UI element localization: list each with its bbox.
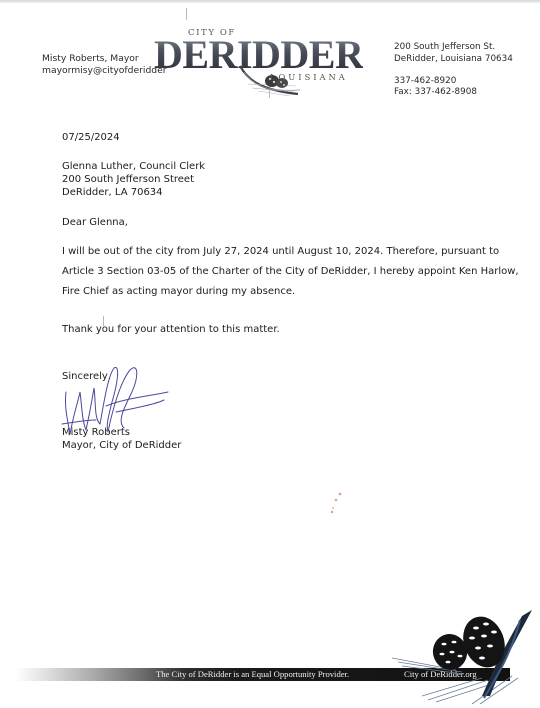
address-line1: 200 South Jefferson St. [394, 42, 513, 54]
salutation: Dear Glenna, [62, 216, 128, 229]
sender-email: mayormisy@cityofderidder [42, 65, 167, 77]
letter-body: I will be out of the city from July 27, … [62, 242, 522, 302]
pinecone-branch-icon [372, 600, 540, 708]
logo-state: LOUISIANA [270, 72, 348, 82]
contact-block: 200 South Jefferson St. DeRidder, Louisi… [394, 42, 513, 99]
recipient-line1: Glenna Luther, Council Clerk [62, 160, 205, 173]
thanks-line: Thank you for your attention to this mat… [62, 323, 280, 336]
footer: The City of DeRidder is an Equal Opportu… [0, 600, 540, 708]
letter-date: 07/25/2024 [62, 131, 120, 144]
phone: 337-462-8920 [394, 76, 513, 88]
recipient-line3: DeRidder, LA 70634 [62, 186, 205, 199]
fax: Fax: 337-462-8908 [394, 87, 513, 99]
equal-opportunity-statement: The City of DeRidder is an Equal Opportu… [156, 669, 349, 679]
stray-marks [322, 488, 352, 528]
recipient-address: Glenna Luther, Council Clerk 200 South J… [62, 160, 205, 199]
scan-top-edge [0, 0, 540, 3]
sender-name: Misty Roberts, Mayor [42, 53, 167, 65]
signature-icon [56, 362, 176, 442]
sender-block: Misty Roberts, Mayor mayormisy@cityofder… [42, 53, 167, 77]
scan-mark [186, 8, 187, 20]
recipient-line2: 200 South Jefferson Street [62, 173, 205, 186]
address-line2: DeRidder, Louisiana 70634 [394, 54, 513, 66]
city-logo: CITY OF DERIDDER LOUISIANA [150, 28, 372, 98]
